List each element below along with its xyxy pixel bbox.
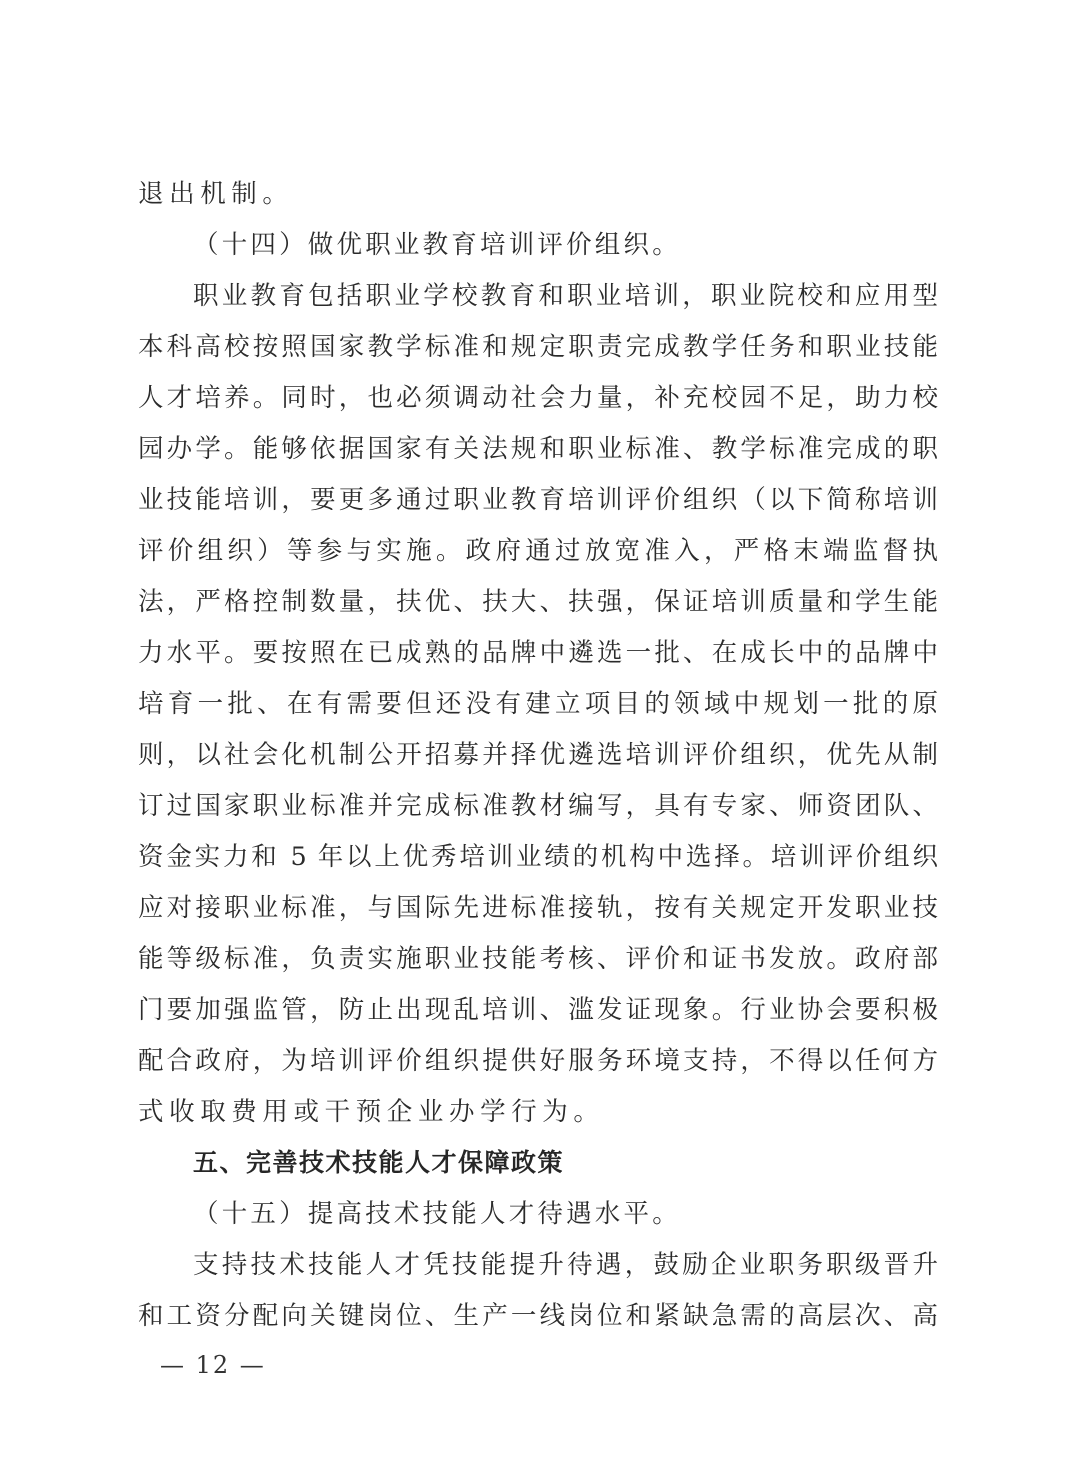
paragraph-line: 力水平。要按照在已成熟的品牌中遴选一批、在成长中的品牌中 <box>138 633 938 673</box>
paragraph-line: 本科高校按照国家教学标准和规定职责完成教学任务和职业技能 <box>138 327 938 367</box>
paragraph-line: 法，严格控制数量，扶优、扶大、扶强，保证培训质量和学生能 <box>138 582 938 622</box>
paragraph-line: 评价组织）等参与实施。政府通过放宽准入，严格末端监督执 <box>138 531 938 571</box>
paragraph-line: 职业教育包括职业学校教育和职业培训，职业院校和应用型 <box>193 276 938 316</box>
paragraph-line: 资金实力和 5 年以上优秀培训业绩的机构中选择。培训评价组织 <box>138 837 938 877</box>
paragraph-line: 门要加强监管，防止出现乱培训、滥发证现象。行业协会要积极 <box>138 990 938 1030</box>
document-page: 退出机制。 （十四）做优职业教育培训评价组织。 职业教育包括职业学校教育和职业培… <box>0 0 1080 1478</box>
paragraph-line-continuation: 退出机制。 <box>138 174 938 214</box>
paragraph-line-end: 式收取费用或干预企业办学行为。 <box>138 1092 938 1132</box>
paragraph-line: 则，以社会化机制公开招募并择优遴选培训评价组织，优先从制 <box>138 735 938 775</box>
page-number: — 12 — <box>160 1345 266 1385</box>
paragraph-line: 配合政府，为培训评价组织提供好服务环境支持，不得以任何方 <box>138 1041 938 1081</box>
paragraph-line: 人才培养。同时，也必须调动社会力量，补充校园不足，助力校 <box>138 378 938 418</box>
paragraph-line: 园办学。能够依据国家有关法规和职业标准、教学标准完成的职 <box>138 429 938 469</box>
section-subheading-14: （十四）做优职业教育培训评价组织。 <box>193 225 993 265</box>
section-heading-5: 五、完善技术技能人才保障政策 <box>193 1143 993 1183</box>
paragraph-line: 能等级标准，负责实施职业技能考核、评价和证书发放。政府部 <box>138 939 938 979</box>
paragraph-line: 培育一批、在有需要但还没有建立项目的领域中规划一批的原 <box>138 684 938 724</box>
section-subheading-15: （十五）提高技术技能人才待遇水平。 <box>193 1194 993 1234</box>
paragraph-line: 业技能培训，要更多通过职业教育培训评价组织（以下简称培训 <box>138 480 938 520</box>
paragraph-line: 订过国家职业标准并完成标准教材编写，具有专家、师资团队、 <box>138 786 938 826</box>
paragraph-line: 支持技术技能人才凭技能提升待遇，鼓励企业职务职级晋升 <box>193 1245 938 1285</box>
paragraph-line: 应对接职业标准，与国际先进标准接轨，按有关规定开发职业技 <box>138 888 938 928</box>
paragraph-line: 和工资分配向关键岗位、生产一线岗位和紧缺急需的高层次、高 <box>138 1296 938 1336</box>
